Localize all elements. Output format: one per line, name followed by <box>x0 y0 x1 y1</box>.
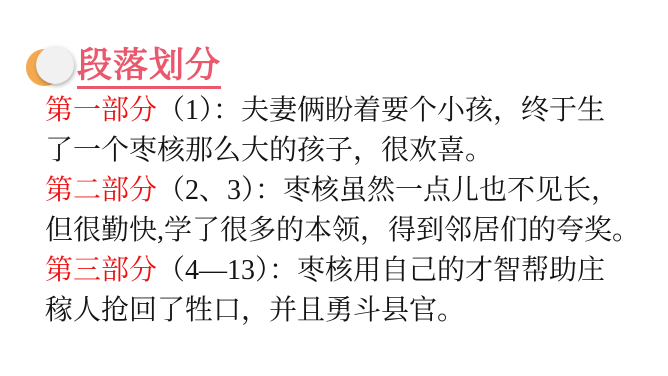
white-circle-icon <box>36 46 74 84</box>
slide: 段落划分 第一部分（1）：夫妻俩盼着要个小孩，终于生 了一个枣核那么大的孩子，很… <box>0 0 668 376</box>
part-3-label: 第三部分 <box>45 255 157 286</box>
part-1-text: （1）：夫妻俩盼着要个小孩，终于生 <box>157 95 605 126</box>
body-line-3: 第二部分（2、3）：枣核虽然一点儿也不见长， <box>45 171 661 211</box>
overlapping-circles-icon <box>26 44 78 90</box>
body-line-4: 但很勤快,学了很多的本领，得到邻居们的夸奖。 <box>45 211 661 251</box>
body-line-6: 稼人抢回了牲口，并且勇斗县官。 <box>45 291 661 331</box>
part-2-text-cont: 但很勤快,学了很多的本领，得到邻居们的夸奖。 <box>45 215 640 246</box>
part-1-label: 第一部分 <box>45 95 157 126</box>
body-line-1: 第一部分（1）：夫妻俩盼着要个小孩，终于生 <box>45 91 661 131</box>
part-3-text-cont: 稼人抢回了牲口，并且勇斗县官。 <box>45 295 465 326</box>
part-2-label: 第二部分 <box>45 175 157 206</box>
part-1-text-cont: 了一个枣核那么大的孩子，很欢喜。 <box>45 135 493 166</box>
body-line-5: 第三部分（4—13）：枣核用自己的才智帮助庄 <box>45 251 661 291</box>
page-title: 段落划分 <box>77 47 221 89</box>
part-3-text: （4—13）：枣核用自己的才智帮助庄 <box>157 255 605 286</box>
part-2-text: （2、3）：枣核虽然一点儿也不见长， <box>157 175 619 206</box>
body-line-2: 了一个枣核那么大的孩子，很欢喜。 <box>45 131 661 171</box>
body-text: 第一部分（1）：夫妻俩盼着要个小孩，终于生 了一个枣核那么大的孩子，很欢喜。 第… <box>45 91 661 331</box>
